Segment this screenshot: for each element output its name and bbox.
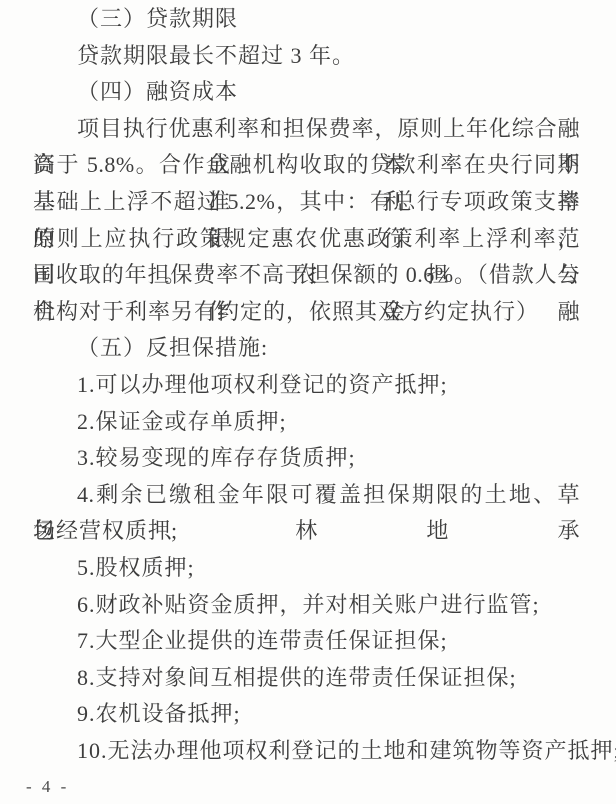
list-item-5: 5.股权质押; (33, 550, 580, 587)
para-financing-line-4: 原则上应执行政策规定惠农优惠政策利率上浮利率范围。农担公 (33, 221, 580, 258)
page-number: - 4 - (26, 777, 69, 797)
para-loan-term: 贷款期限最长不超过 3 年。 (33, 38, 580, 75)
heading-section-4: （四）融资成本 (33, 74, 580, 111)
list-item-7: 7.大型企业提供的连带责任保证担保; (33, 623, 580, 660)
list-item-10: 10.无法办理他项权利登记的土地和建筑物等资产抵押; (33, 733, 580, 770)
list-item-3: 3.较易变现的库存存货质押; (33, 440, 580, 477)
document-page: （三）贷款期限 贷款期限最长不超过 3 年。 （四）融资成本 项目执行优惠利率和… (0, 0, 616, 804)
list-item-4-line-1: 4.剩余已缴租金年限可覆盖担保期限的土地、草场、林地承 (33, 477, 580, 514)
list-item-1: 1.可以办理他项权利登记的资产抵押; (33, 367, 580, 404)
para-financing-line-5: 司收取的年担保费率不高于担保额的 0.6%。（借款人与合作金融 (33, 257, 580, 294)
heading-section-3: （三）贷款期限 (33, 1, 580, 38)
list-item-6: 6.财政补贴资金质押，并对相关账户进行监管; (33, 587, 580, 624)
list-item-2: 2.保证金或存单质押; (33, 404, 580, 441)
para-financing-line-2: 高于 5.8%。合作金融机构收取的贷款利率在央行同期基准利率 (33, 147, 580, 184)
para-financing-line-3: 基础上上浮不超过 5.2%，其中：有总行专项政策支持的银行， (33, 184, 580, 221)
para-financing-line-6: 机构对于利率另有约定的，依照其双方约定执行） (33, 294, 580, 331)
document-body: （三）贷款期限 贷款期限最长不超过 3 年。 （四）融资成本 项目执行优惠利率和… (33, 1, 580, 769)
para-financing-line-1: 项目执行优惠利率和担保费率，原则上年化综合融资成本不 (33, 111, 580, 148)
heading-section-5: （五）反担保措施: (33, 330, 580, 367)
list-item-8: 8.支持对象间互相提供的连带责任保证担保; (33, 660, 580, 697)
list-item-9: 9.农机设备抵押; (33, 696, 580, 733)
